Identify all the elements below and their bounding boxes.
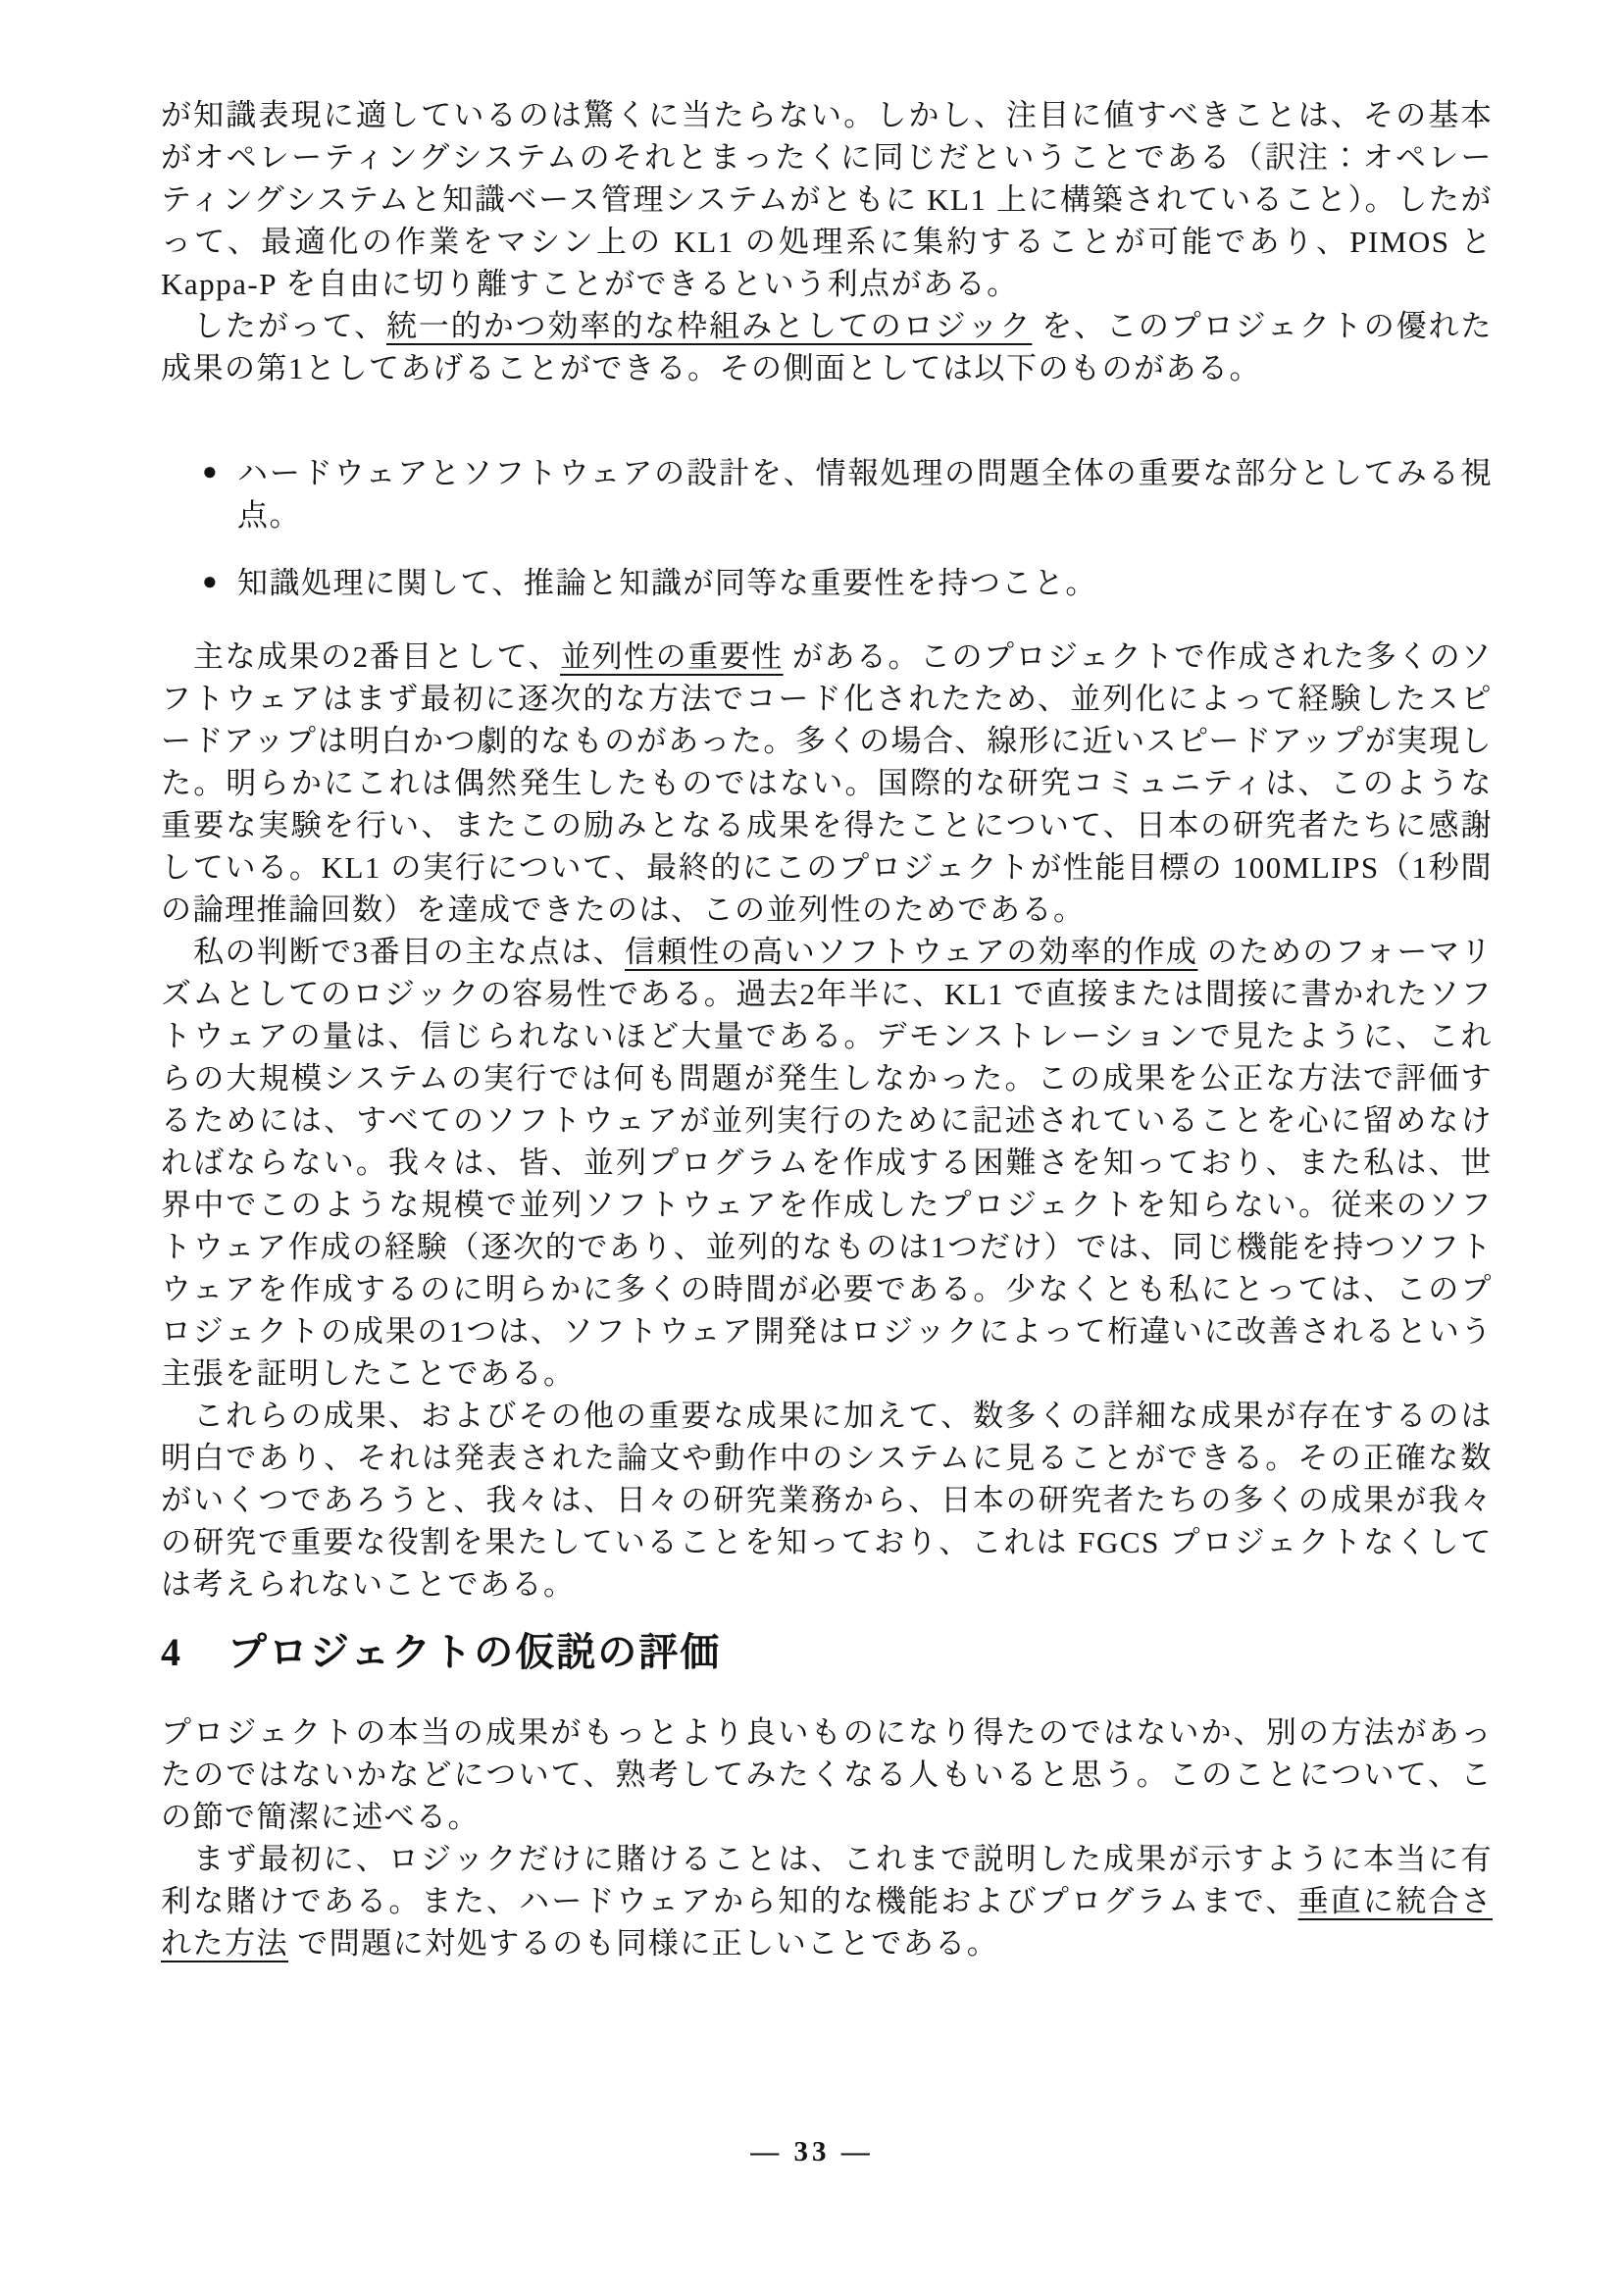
document-page: が知識表現に適しているのは驚くに当たらない。しかし、注目に値すべきことは、その基…: [0, 0, 1624, 2293]
paragraph-hypothesis-intro: プロジェクトの本当の成果がもっとより良いものになり得たのではないか、別の方法があ…: [161, 1711, 1493, 1838]
page-number: — 33 —: [0, 2136, 1624, 2168]
text-segment: のためのフォーマリズムとしてのロジックの容易性である。過去2年半に、KL1 で直…: [161, 935, 1493, 1391]
bullet-list: ● ハードウェアとソフトウェアの設計を、情報処理の問題全体の重要な部分としてみる…: [161, 452, 1493, 604]
paragraph-reliable-software: 私の判断で3番目の主な点は、信頼性の高いソフトウェアの効率的作成 のためのフォー…: [161, 931, 1493, 1395]
paragraph-parallelism: 主な成果の2番目として、並列性の重要性 がある。このプロジェクトで作成された多く…: [161, 636, 1493, 931]
bullet-icon: ●: [202, 560, 219, 602]
text-segment: で問題に対処するのも同様に正しいことである。: [288, 1926, 998, 1961]
paragraph-continuation: が知識表現に適しているのは驚くに当たらない。しかし、注目に値すべきことは、その基…: [161, 94, 1493, 305]
underlined-phrase: 統一的かつ効率的な枠組みとしてのロジック: [386, 309, 1032, 343]
text-segment: 主な成果の2番目として、: [193, 639, 560, 674]
text-segment: 私の判断で3番目の主な点は、: [193, 935, 625, 969]
underlined-phrase: 信頼性の高いソフトウェアの効率的作成: [625, 935, 1197, 969]
section-number: 4: [161, 1625, 182, 1680]
underlined-phrase: 並列性の重要性: [560, 639, 784, 674]
paragraph-other-results: これらの成果、およびその他の重要な成果に加えて、数多くの詳細な成果が存在するのは…: [161, 1395, 1493, 1605]
list-item-text: ハードウェアとソフトウェアの設計を、情報処理の問題全体の重要な部分としてみる視点…: [237, 456, 1493, 533]
text-segment: したがって、: [193, 309, 386, 343]
list-item-text: 知識処理に関して、推論と知識が同等な重要性を持つこと。: [237, 566, 1097, 600]
text-segment: がある。このプロジェクトで作成された多くのソフトウェアはまず最初に逐次的な方法で…: [161, 639, 1493, 927]
document-body: が知識表現に適しているのは驚くに当たらない。しかし、注目に値すべきことは、その基…: [161, 94, 1493, 1964]
paragraph-logic-framework: したがって、統一的かつ効率的な枠組みとしてのロジック を、このプロジェクトの優れ…: [161, 305, 1493, 389]
bullet-icon: ●: [202, 450, 219, 492]
section-heading: 4 プロジェクトの仮説の評価: [161, 1625, 1493, 1680]
list-item: ● ハードウェアとソフトウェアの設計を、情報処理の問題全体の重要な部分としてみる…: [202, 452, 1493, 536]
section-title: プロジェクトの仮説の評価: [228, 1625, 721, 1680]
text-segment: まず最初に、ロジックだけに賭けることは、これまで説明した成果が示すように本当に有…: [161, 1842, 1493, 1918]
list-item: ● 知識処理に関して、推論と知識が同等な重要性を持つこと。: [202, 562, 1493, 604]
paragraph-logic-bet: まず最初に、ロジックだけに賭けることは、これまで説明した成果が示すように本当に有…: [161, 1838, 1493, 1964]
